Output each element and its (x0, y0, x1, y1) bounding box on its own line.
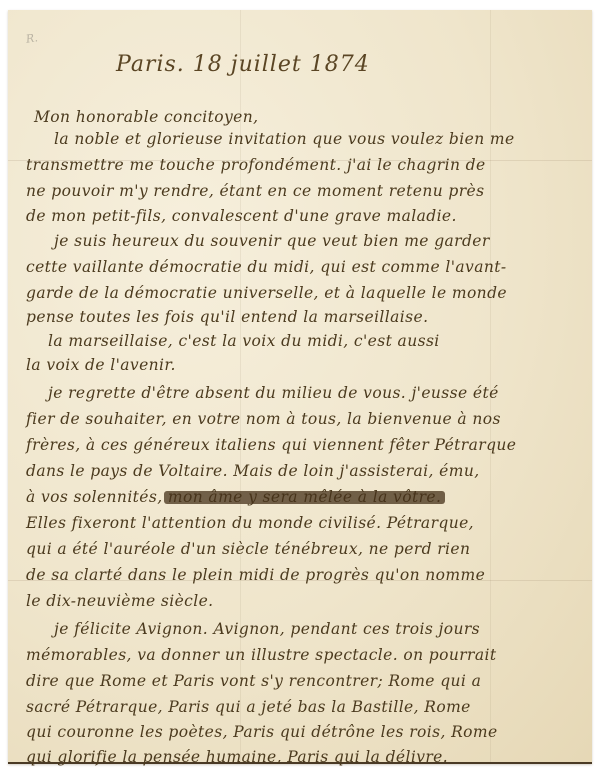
letter-line: de mon petit-fils, convalescent d'une gr… (26, 207, 457, 225)
letter-line: Elles fixeront l'attention du monde civi… (26, 514, 474, 532)
letter-line: garde de la démocratie universelle, et à… (26, 284, 507, 302)
letter-line: mémorables, va donner un illustre specta… (26, 646, 497, 664)
letter-line: je suis heureux du souvenir que veut bie… (54, 232, 490, 250)
letter-line: ne pouvoir m'y rendre, étant en ce momen… (26, 182, 484, 200)
letter-line-text: à vos solennités, (26, 488, 163, 506)
letter-line: sacré Pétrarque, Paris qui a jeté bas la… (26, 698, 471, 716)
letter-line: dire que Rome et Paris vont s'y rencontr… (26, 672, 481, 690)
letter-line: à vos solennités, mon âme y sera mêlée à… (26, 488, 441, 506)
letter-line: qui glorifie la pensée humaine, Paris qu… (26, 748, 448, 766)
letter-line: le dix-neuvième siècle. (26, 592, 214, 610)
letter-line: cette vaillante démocratie du midi, qui … (26, 258, 506, 276)
letter-line: je félicite Avignon. Avignon, pendant ce… (54, 620, 480, 638)
archive-mark: R. (25, 31, 38, 46)
letter-line: transmettre me touche profondément. j'ai… (26, 156, 486, 174)
letter-line: dans le pays de Voltaire. Mais de loin j… (26, 462, 480, 480)
letter-line: la voix de l'avenir. (26, 356, 176, 374)
letter-line: la noble et glorieuse invitation que vou… (54, 130, 515, 148)
letter-page: R. Paris. 18 juillet 1874 Mon honorable … (8, 10, 592, 764)
letter-line: qui couronne les poètes, Paris qui détrô… (26, 723, 498, 741)
struck-through-text: mon âme y sera mêlée à la vôtre. (168, 488, 441, 506)
letter-line: fier de souhaiter, en votre nom à tous, … (26, 410, 501, 428)
letter-line: la marseillaise, c'est la voix du midi, … (48, 332, 440, 350)
dateline: Paris. 18 juillet 1874 (116, 52, 370, 77)
letter-line: je regrette d'être absent du milieu de v… (48, 384, 499, 402)
letter-line: pense toutes les fois qu'il entend la ma… (26, 308, 428, 326)
letter-line: frères, à ces généreux italiens qui vien… (26, 436, 516, 454)
salutation: Mon honorable concitoyen, (34, 108, 258, 126)
letter-line: qui a été l'auréole d'un siècle ténébreu… (26, 540, 470, 558)
letter-line: de sa clarté dans le plein midi de progr… (26, 566, 485, 584)
